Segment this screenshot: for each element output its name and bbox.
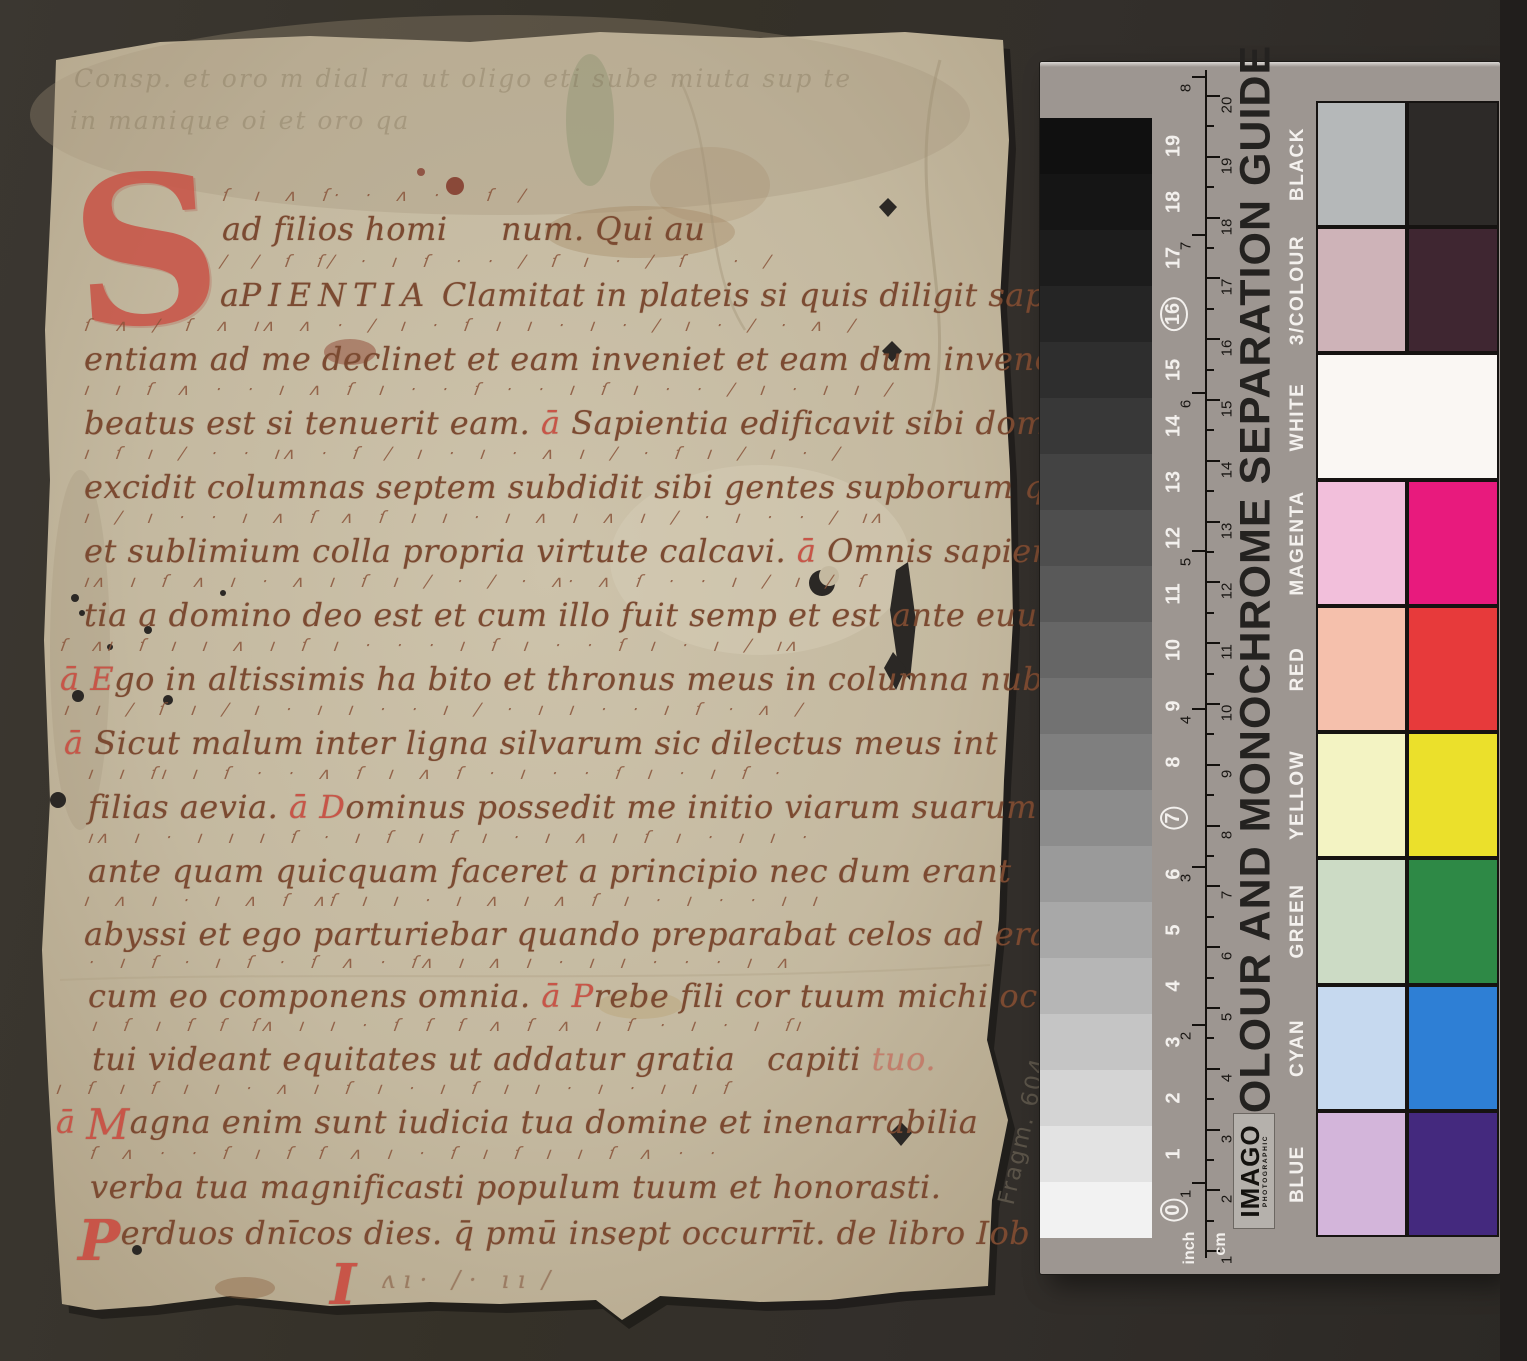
- rubric-segment: I: [330, 1252, 357, 1318]
- row-label-yellow: YELLOW: [1287, 750, 1309, 840]
- manuscript-line-text: ā Sicut malum inter ligna silvarum sic d…: [64, 724, 998, 762]
- wedge-step: [1040, 1014, 1152, 1070]
- ink-segment: tui videant equitates ut addatur gratia …: [92, 1040, 872, 1078]
- wedge-number: 8: [1163, 756, 1186, 767]
- patch-cyan-solid: [1409, 987, 1497, 1109]
- manuscript-line: · ı ſ · ı ſ · ſ ʌ · ſʌ ı ʌ ı · ı ı · · ·…: [88, 953, 1080, 1015]
- cm-minor-tick: [1207, 369, 1214, 371]
- wedge-step: [1040, 230, 1152, 286]
- cm-tick: [1207, 825, 1220, 827]
- wedge-number: 10: [1163, 639, 1186, 661]
- cm-minor-tick: [1207, 1159, 1214, 1161]
- manuscript-line-text: ā Ego in altissimis ha bito et thronus m…: [60, 660, 1082, 698]
- rubric-segment: E: [90, 660, 114, 698]
- wedge-number: 16: [1160, 297, 1188, 331]
- manuscript-line-text: filias aevia. ā Dominus possedit me init…: [88, 788, 1037, 826]
- manuscript-line: ſ ʌ · · ſ ı ſ ſ ʌ ı · ſ ı ſ ı ı ſ ʌ · ·v…: [90, 1144, 941, 1206]
- ink-segment: agna enim sunt iudicia tua domine et ine…: [130, 1103, 979, 1141]
- ink-segment: excidit columnas septem subdidit sibi ge…: [84, 468, 1086, 506]
- inch-number: 2: [1178, 1032, 1195, 1040]
- rubric-segment: tuo.: [872, 1040, 936, 1078]
- patch-red-pale: [1318, 608, 1405, 730]
- rubric-segment: ā P: [541, 977, 593, 1015]
- inch-number: 6: [1178, 400, 1195, 408]
- cm-unit-label: cm: [1212, 1232, 1230, 1255]
- manuscript-line: ı ſ ı ſ ſ ſʌ ı ı · ſ ſ ſ ʌ ſ ʌ ı ſ · ı ·…: [92, 1016, 936, 1078]
- manuscript-line-text: excidit columnas septem subdidit sibi ge…: [84, 468, 1086, 506]
- wedge-step: [1040, 622, 1152, 678]
- ink-segment: verba tua magnificasti populum tuum et h…: [90, 1168, 941, 1206]
- wedge-number: 13: [1163, 471, 1186, 493]
- cm-minor-tick: [1207, 308, 1214, 310]
- ink-segment: entiam ad me declinet et eam inveniet et…: [84, 340, 1094, 378]
- manuscript-line-text: abyssi et ego parturiebar quando prepara…: [84, 915, 1080, 953]
- patch-black-pale: [1318, 103, 1405, 225]
- inch-tick: [1192, 1182, 1206, 1184]
- patch-blue-solid: [1409, 1113, 1497, 1235]
- manuscript-line: ı ʌ ı · ı ʌ ſ ʌſ ı ı · ı ʌ ı ʌ ſ ı · ı ·…: [84, 891, 1080, 953]
- cm-minor-tick: [1207, 673, 1214, 675]
- cm-number: 1: [1219, 1256, 1236, 1264]
- wedge-step: [1040, 174, 1152, 230]
- cm-minor-tick: [1207, 186, 1214, 188]
- manuscript-line-text: entiam ad me declinet et eam inveniet et…: [84, 340, 1094, 378]
- manuscript-line: ıʌ ı ſ ʌ ı · ʌ ı ſ ı / · / · ʌ· ʌ ſ · · …: [84, 572, 1118, 634]
- cm-minor-tick: [1207, 612, 1214, 614]
- patch-yellow-pale: [1318, 734, 1405, 856]
- manuscript-line: I ʌ ı · / · ı ı /: [330, 1258, 551, 1296]
- neume-row: ſ ı ʌ ſ· · ʌ · ſ /: [218, 186, 710, 210]
- neume-row: ı / ı · · ı ʌ ſ ʌ ſ ı ı · ı ʌ ı ʌ ı / · …: [80, 508, 1058, 532]
- ink-segment: erduos dnīcos dies. q̄ pmū insept occurr…: [121, 1214, 1031, 1252]
- cm-minor-tick: [1207, 490, 1214, 492]
- faint-inscription-line2: in manique oi et oro qa: [70, 106, 410, 135]
- grayscale-step-wedge: [1040, 118, 1152, 1238]
- wedge-number: 11: [1163, 583, 1186, 604]
- row-label-black: BLACK: [1287, 127, 1309, 201]
- wedge-number: 12: [1163, 527, 1186, 549]
- ink-segment: abyssi et ego parturiebar quando prepara…: [84, 915, 1080, 953]
- wedge-step: [1040, 454, 1152, 510]
- inch-tick: [1192, 550, 1206, 552]
- manuscript-line-text: ad filios homi num. Qui au: [222, 210, 705, 248]
- rubric-segment: ā: [289, 788, 319, 826]
- wedge-number: 7: [1160, 806, 1188, 829]
- rubric-segment: ā: [60, 660, 90, 698]
- rubric-segment: ā: [797, 532, 827, 570]
- ink-segment: rebe fili cor tuum michi oculi: [594, 977, 1081, 1015]
- neume-row: ı ı ſ ʌ · · ı ʌ ſ ı · · ſ · · ı ſ ı · · …: [80, 380, 1104, 404]
- cm-minor-tick: [1207, 916, 1214, 918]
- neume-row: / / ſ ſ/ · ı ſ · · / ſ ı · / ſ · /: [216, 252, 1061, 276]
- manuscript-line-text: cum eo componens omnia. ā Prebe fili cor…: [88, 977, 1080, 1015]
- rubric-segment: P: [78, 1208, 121, 1274]
- inch-tick: [1192, 708, 1206, 710]
- ink-segment: ʌ ı · / · ı ı /: [357, 1266, 551, 1294]
- wedge-step: [1040, 286, 1152, 342]
- neume-row: ı ſ ı ſ ſ ſʌ ı ı · ſ ſ ſ ʌ ſ ʌ ı ſ · ı ·…: [88, 1016, 941, 1040]
- rubric-segment: ā: [56, 1103, 86, 1141]
- cm-minor-tick: [1207, 1037, 1214, 1039]
- inch-tick: [1192, 234, 1206, 236]
- manuscript-line: ſ ʌı ſ ı ı ʌ ı ſ ı · · · ı ſ ı · · ſ ı ·…: [60, 636, 1082, 698]
- ink-segment: tia a domino deo est et cum illo fuit se…: [84, 596, 1118, 634]
- manuscript-line-text: tui videant equitates ut addatur gratia …: [92, 1040, 936, 1078]
- photograph: Consp. et oro m dial ra ut oligo eti sub…: [0, 0, 1527, 1361]
- ink-segment: Sicut malum inter ligna silvarum sic dil…: [94, 724, 998, 762]
- inch-number: 1: [1178, 1190, 1195, 1198]
- cm-minor-tick: [1207, 855, 1214, 857]
- manuscript-line: ſ ʌ / ſ ʌ ıʌ ʌ · / ı · ſ ı ı · ı · / ı ·…: [84, 316, 1094, 378]
- circled-wedge-number: 7: [1160, 806, 1188, 829]
- patch-blue-pale: [1318, 1113, 1405, 1235]
- neume-row: ı ı ſı ı ſ · · ʌ ſ ı ʌ ſ · ı · · ſ ı · ı…: [84, 764, 1042, 788]
- wedge-step: [1040, 1182, 1152, 1238]
- patch-3-colour-solid: [1409, 229, 1497, 351]
- wedge-number: 5: [1163, 924, 1186, 935]
- wedge-step: [1040, 398, 1152, 454]
- imago-logo: IMAGO PHOTOGRAPHIC: [1233, 1113, 1275, 1229]
- neume-row: · ı ſ · ı ſ · ſ ʌ · ſʌ ı ʌ ı · ı ı · · ·…: [84, 953, 1085, 977]
- ink-segment: beatus est si tenuerit eam.: [84, 404, 541, 442]
- inch-number: 3: [1178, 874, 1195, 882]
- wedge-step: [1040, 566, 1152, 622]
- inch-number: 5: [1178, 558, 1195, 566]
- wedge-number: 1: [1163, 1148, 1186, 1159]
- manuscript-line: ı ı ſı ı ſ · · ʌ ſ ı ʌ ſ · ı · · ſ ı · ı…: [88, 764, 1037, 826]
- wedge-step: [1040, 1126, 1152, 1182]
- neume-row: ſ ʌ / ſ ʌ ıʌ ʌ · / ı · ſ ı ı · ı · / ı ·…: [80, 316, 1099, 340]
- row-label-green: GREEN: [1287, 884, 1309, 959]
- ink-segment: cum eo componens omnia.: [88, 977, 541, 1015]
- wedge-step: [1040, 958, 1152, 1014]
- neume-row: ſ ʌı ſ ı ı ʌ ı ſ ı · · · ı ſ ı · · ſ ı ·…: [56, 636, 1086, 660]
- patch-3-colour-pale: [1318, 229, 1405, 351]
- patch-green-solid: [1409, 860, 1497, 982]
- wedge-step: [1040, 118, 1152, 174]
- cm-minor-tick: [1207, 125, 1214, 127]
- inch-number: 7: [1178, 242, 1195, 250]
- neume-row: ı ſ ı / · · ıʌ · ſ / ı · ı · ʌ ı / · ſ ı…: [80, 444, 1091, 468]
- row-label-red: RED: [1287, 647, 1309, 692]
- cm-minor-tick: [1207, 1098, 1214, 1100]
- inch-tick: [1192, 866, 1206, 868]
- rubric-segment: M: [86, 1100, 130, 1149]
- guide-title: COLOUR AND MONOCHROME SEPARATION GUIDE: [1232, 45, 1281, 1145]
- wedge-number: 15: [1163, 359, 1186, 381]
- patch-cyan-pale: [1318, 987, 1405, 1109]
- manuscript-line-text: et sublimium colla propria virtute calca…: [84, 532, 1053, 570]
- manuscript-line-text: verba tua magnificasti populum tuum et h…: [90, 1168, 941, 1206]
- ink-segment: Clamitat in plateis si quis diligit sapi: [431, 276, 1056, 314]
- cm-minor-tick: [1207, 1220, 1214, 1222]
- manuscript-line-text: Perduos dnīcos dies. q̄ pmū insept occur…: [78, 1214, 1030, 1252]
- inch-number: 8: [1178, 84, 1195, 92]
- neume-row: ıʌ ı · ı ı ı ſ · ı ſ ı ſ ı · ı ʌ ı ſ ı ·…: [84, 828, 1016, 852]
- manuscript-line: ı ı ſ ʌ · · ı ʌ ſ ı · · ſ · · ı ſ ı · · …: [84, 380, 1099, 442]
- ink-segment: ominus possedit me initio viarum suarum: [345, 788, 1037, 826]
- wedge-step: [1040, 790, 1152, 846]
- wedge-number: 4: [1163, 980, 1186, 991]
- wedge-step: [1040, 734, 1152, 790]
- inch-tick: [1192, 76, 1206, 78]
- background-right-band: [1500, 0, 1527, 1361]
- ink-segment: ad filios homi num. Qui au: [222, 210, 705, 248]
- cm-tick: [1207, 1007, 1220, 1009]
- cm-minor-tick: [1207, 551, 1214, 553]
- patch-green-pale: [1318, 860, 1405, 982]
- cm-tick: [1207, 1068, 1220, 1070]
- cm-minor-tick: [1207, 429, 1214, 431]
- color-separation-guide-card: 191817161514131211109876543210 201918171…: [1040, 62, 1500, 1274]
- manuscript-line-text: ā Magna enim sunt iudicia tua domine et …: [56, 1103, 978, 1141]
- neume-row: ı ı / ſ ı / ı · ı ı · · ı / · ı ı · · ı …: [60, 700, 1003, 724]
- cm-tick: [1207, 1129, 1220, 1131]
- wedge-number: 9: [1163, 700, 1186, 711]
- neume-row: ı ʌ ı · ı ʌ ſ ʌſ ı ı · ı ʌ ı ʌ ſ ı · ı ·…: [80, 891, 1085, 915]
- manuscript-line: Perduos dnīcos dies. q̄ pmū insept occur…: [78, 1214, 1030, 1252]
- wedge-number: 18: [1163, 191, 1186, 213]
- manuscript-line-text: I ʌ ı · / · ı ı /: [330, 1258, 551, 1296]
- ink-segment: filias aevia.: [88, 788, 289, 826]
- circled-wedge-number: 0: [1160, 1198, 1188, 1221]
- wedge-number: 0: [1160, 1198, 1188, 1221]
- row-label-cyan: CYAN: [1287, 1019, 1309, 1077]
- patch-magenta-solid: [1409, 482, 1497, 604]
- manuscript-line-text: ante quam quicquam faceret a principio n…: [88, 852, 1012, 890]
- imago-logo-text: IMAGO PHOTOGRAPHIC: [1239, 1114, 1269, 1228]
- patch-black-solid: [1409, 103, 1497, 225]
- manuscript-line: ı ſ ı ſ ı ı · ʌ ı ſ ı · ı ſ ı ı · ı · ı …: [56, 1079, 978, 1141]
- ink-segment: a: [220, 276, 240, 314]
- inch-unit-label: inch: [1181, 1232, 1199, 1265]
- patch-red-solid: [1409, 608, 1497, 730]
- wedge-step: [1040, 1070, 1152, 1126]
- row-label-blue: BLUE: [1287, 1145, 1309, 1203]
- ink-segment: et sublimium colla propria virtute calca…: [84, 532, 797, 570]
- circled-wedge-number: 16: [1160, 297, 1188, 331]
- cm-tick: [1207, 764, 1220, 766]
- wedge-number: 14: [1163, 415, 1186, 437]
- patch-white: [1318, 355, 1497, 477]
- row-label-3-colour: 3/COLOUR: [1287, 235, 1309, 345]
- cm-tick: [1207, 1189, 1220, 1191]
- cm-minor-tick: [1207, 794, 1214, 796]
- ink-segment: Sapientia edificavit sibi domum: [571, 404, 1099, 442]
- neume-row: ſ ʌ · · ſ ı ſ ſ ʌ ı · ſ ı ſ ı ı ſ ʌ · ·: [86, 1144, 946, 1168]
- patch-yellow-solid: [1409, 734, 1497, 856]
- wedge-number: 19: [1163, 135, 1186, 157]
- row-label-magenta: MAGENTA: [1287, 490, 1309, 595]
- manuscript-line: ı / ı · · ı ʌ ſ ʌ ſ ı ı · ı ʌ ı ʌ ı / · …: [84, 508, 1053, 570]
- ink-segment: Omnis sapien: [827, 532, 1053, 570]
- manuscript-line: / / ſ ſ/ · ı ſ · · / ſ ı · / ſ · /aPIENT…: [220, 252, 1057, 314]
- inch-tick: [1192, 392, 1206, 394]
- ink-segment: ante quam quicquam faceret a principio n…: [88, 852, 1012, 890]
- cm-minor-tick: [1207, 247, 1214, 249]
- cm-minor-tick: [1207, 733, 1214, 735]
- ink-segment: PIENTIA: [240, 276, 432, 314]
- rubric-segment: D: [319, 788, 345, 826]
- wedge-step: [1040, 510, 1152, 566]
- wedge-number: 2: [1163, 1092, 1186, 1103]
- manuscript-line-text: tia a domino deo est et cum illo fuit se…: [84, 596, 1118, 634]
- logo-name: IMAGO: [1239, 1114, 1262, 1228]
- cm-tick: [1207, 885, 1220, 887]
- inch-tick: [1192, 1024, 1206, 1026]
- manuscript-line: ı ı / ſ ı / ı · ı ı · · ı / · ı ı · · ı …: [64, 700, 998, 762]
- inch-number: 4: [1178, 716, 1195, 724]
- neume-row: ıʌ ı ſ ʌ ı · ʌ ı ſ ı / · / · ʌ· ʌ ſ · · …: [80, 572, 1123, 596]
- wedge-number: 17: [1163, 247, 1186, 269]
- neume-row: ı ſ ı ſ ı ı · ʌ ı ſ ı · ı ſ ı ı · ı · ı …: [52, 1079, 983, 1103]
- row-label-white: WHITE: [1287, 382, 1309, 451]
- wedge-step: [1040, 846, 1152, 902]
- manuscript-line: ı ſ ı / · · ıʌ · ſ / ı · ı · ʌ ı / · ſ ı…: [84, 444, 1086, 506]
- manuscript-line: ıʌ ı · ı ı ı ſ · ı ſ ı ſ ı · ı ʌ ı ſ ı ·…: [88, 828, 1012, 890]
- wedge-step: [1040, 678, 1152, 734]
- patch-magenta-pale: [1318, 482, 1405, 604]
- manuscript-line: ſ ı ʌ ſ· · ʌ · ſ /ad filios homi num. Qu…: [222, 186, 705, 248]
- wedge-step: [1040, 902, 1152, 958]
- ink-segment: go in altissimis ha bito et thronus meus…: [114, 660, 1082, 698]
- rubric-segment: ā: [541, 404, 571, 442]
- cm-minor-tick: [1207, 977, 1214, 979]
- faint-inscription-line1: Consp. et oro m dial ra ut oligo eti sub…: [74, 64, 852, 93]
- manuscript-line-text: aPIENTIA Clamitat in plateis si quis dil…: [220, 276, 1057, 314]
- wedge-step: [1040, 342, 1152, 398]
- rubric-segment: ā: [64, 724, 94, 762]
- manuscript-line-text: beatus est si tenuerit eam. ā Sapientia …: [84, 404, 1099, 442]
- cm-tick: [1207, 946, 1220, 948]
